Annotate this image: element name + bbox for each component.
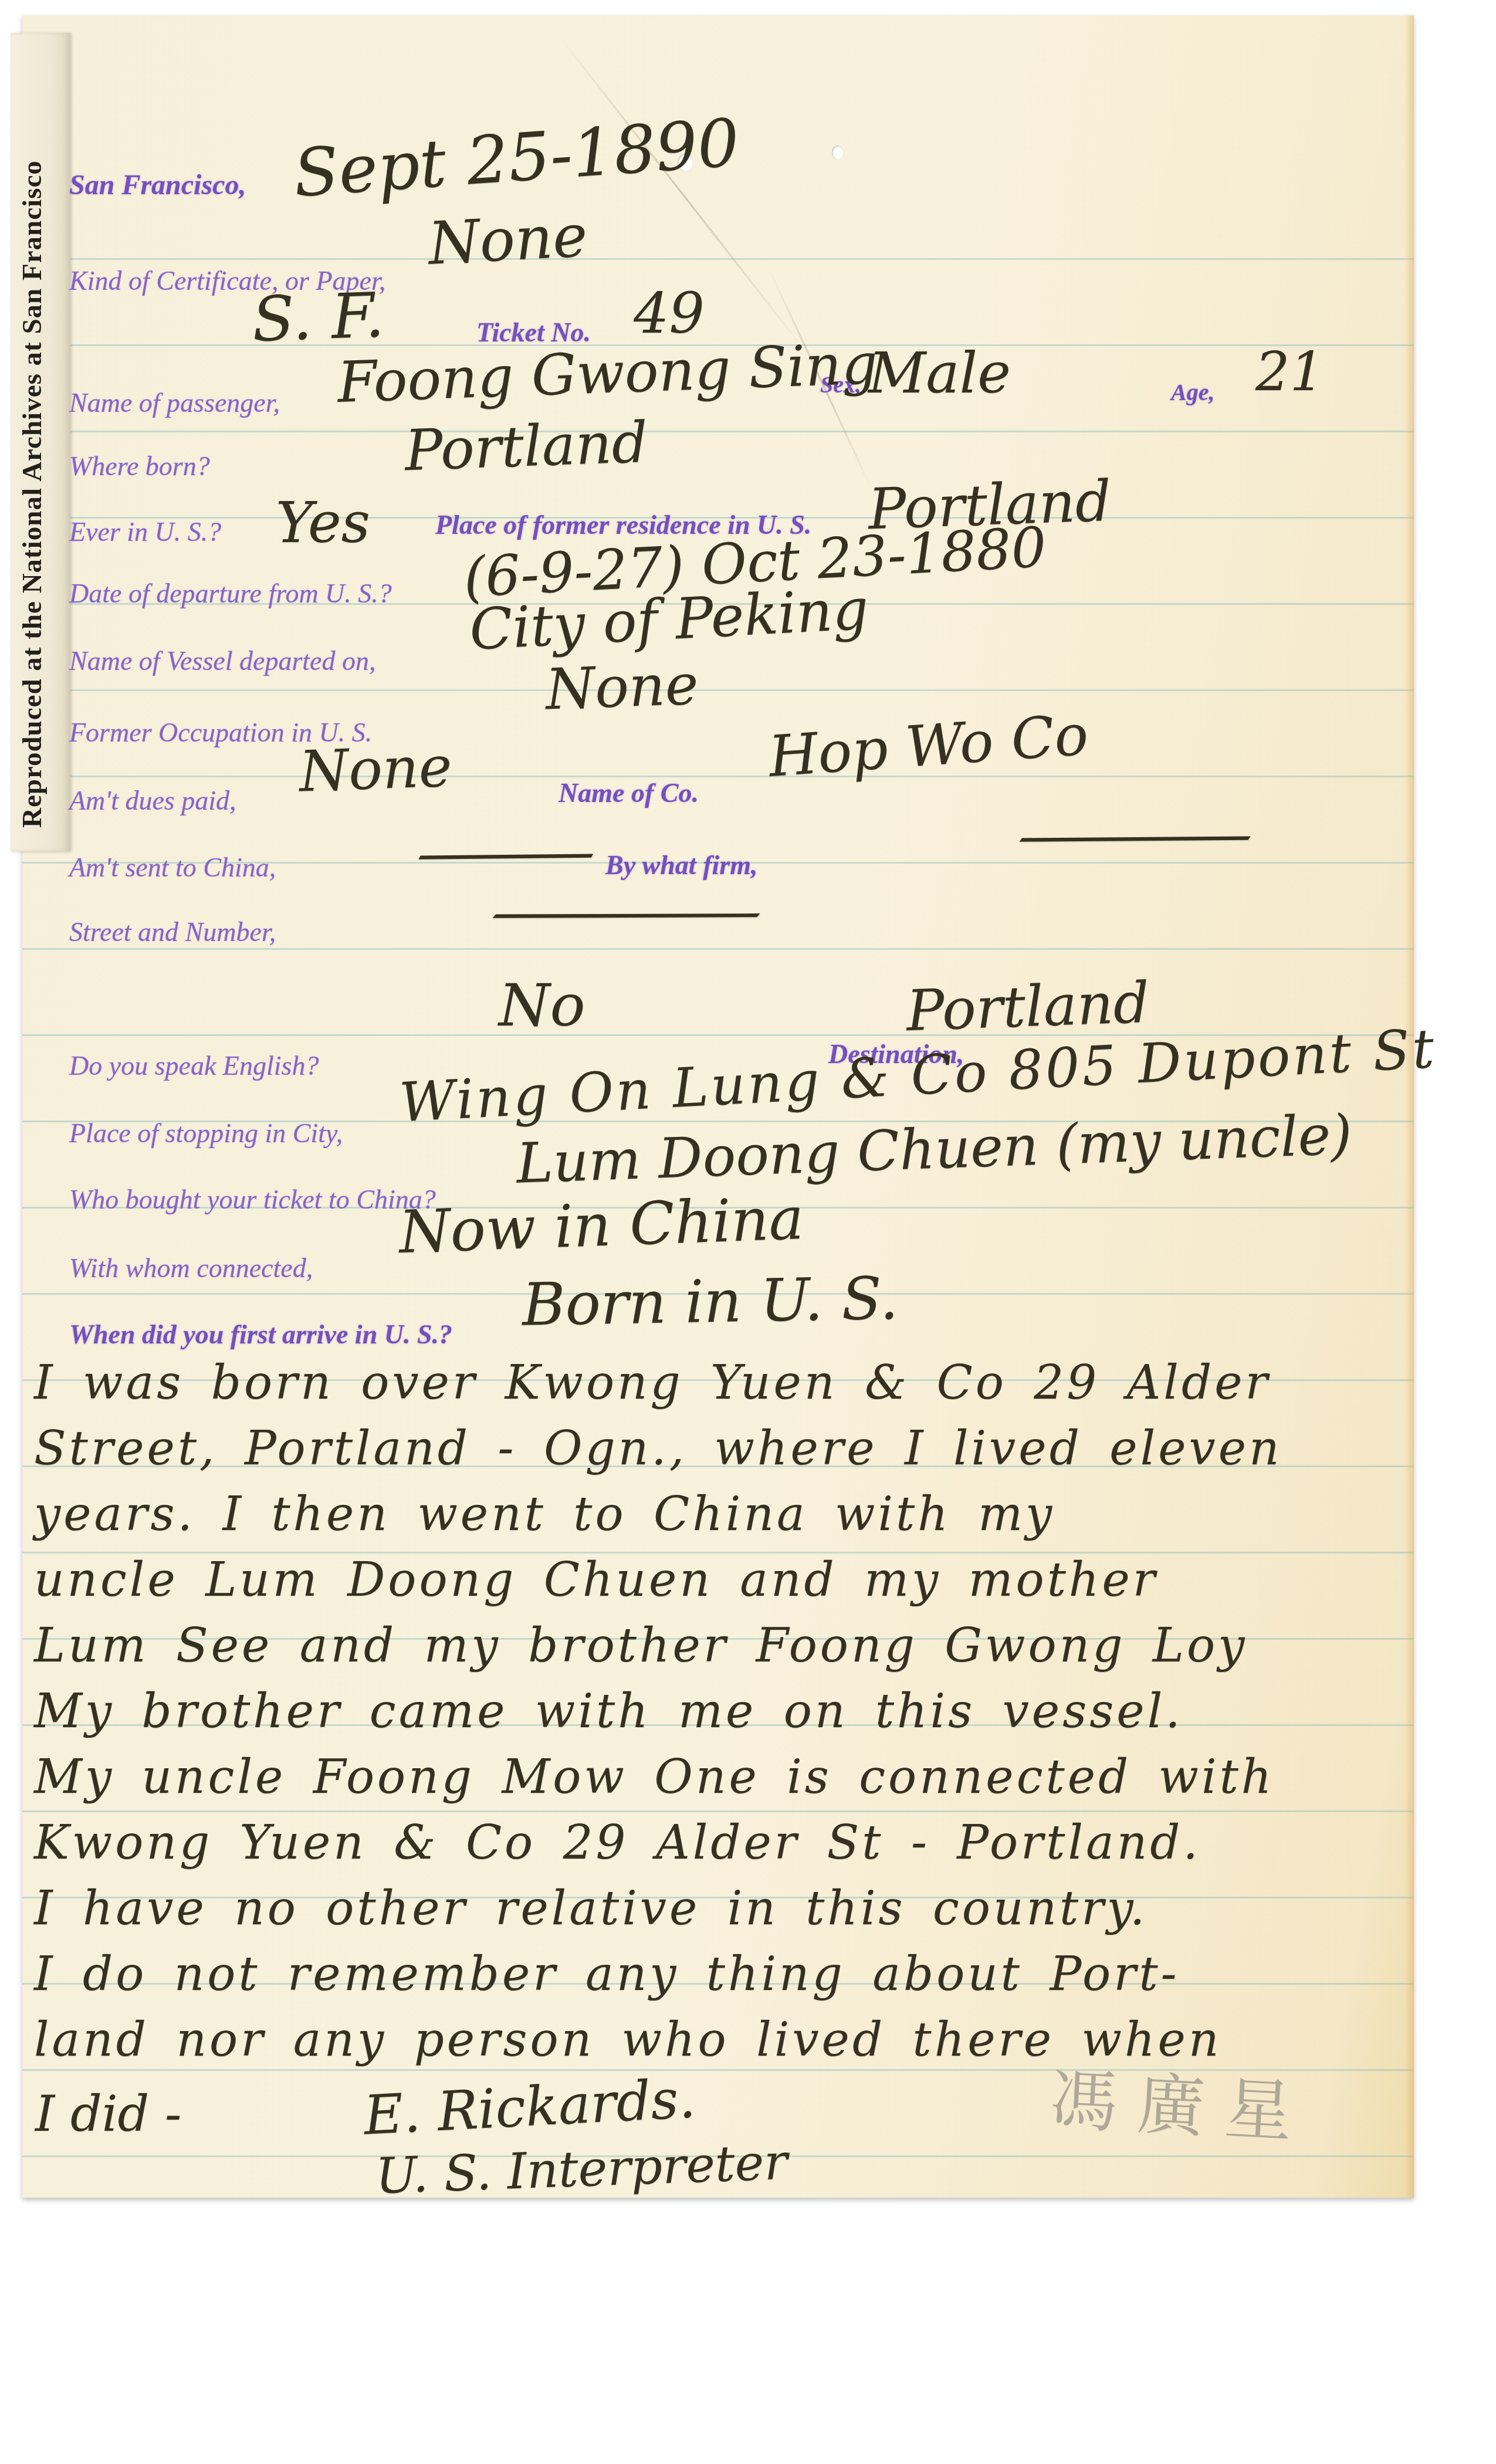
company-value: Hop Wo Co (767, 702, 1091, 790)
speak-english-value: No (499, 971, 585, 1040)
age-label: Age, (1171, 378, 1214, 406)
firm-value: — (1004, 802, 1265, 868)
certificate-value: None (427, 201, 589, 278)
occupation-value: None (544, 651, 699, 722)
statement-line: uncle Lum Doong Chuen and my mother (34, 1552, 1158, 1607)
ever-in-us-label: Ever in U. S.? (69, 516, 221, 547)
interpreter-title: U. S. Interpreter (375, 2133, 789, 2205)
dues-paid-label: Am't dues paid, (69, 785, 236, 816)
ever-in-us-value: Yes (276, 490, 370, 556)
statement-line: Street, Portland - Ogn., where I lived e… (34, 1421, 1282, 1475)
document-page: Reproduced at the National Archives at S… (22, 15, 1414, 2198)
age-value: 21 (1255, 340, 1324, 403)
street-number-label: Street and Number, (69, 916, 276, 947)
sent-to-china-value: — (407, 820, 604, 886)
chinese-name-pencil: 馮廣星 (1048, 2045, 1315, 2155)
statement-line: land nor any person who lived there when (34, 2012, 1221, 2067)
first-arrive-label: When did you first arrive in U. S.? (69, 1319, 452, 1350)
statement-line: I was born over Kwong Yuen & Co 29 Alder (34, 1355, 1271, 1410)
statement-line: My uncle Foong Mow One is connected with (34, 1749, 1274, 1804)
company-label: Name of Co. (559, 777, 699, 808)
dues-paid-value: None (298, 733, 453, 804)
vessel-label: Name of Vessel departed on, (69, 645, 376, 676)
first-arrive-value: Born in U. S. (522, 1264, 899, 1339)
statement-line: I do not remember any thing about Port- (34, 1947, 1180, 2001)
statement-closing: I did - (35, 2085, 181, 2143)
ticket-no-value: 49 (634, 282, 705, 346)
sex-value: Male (868, 340, 1011, 406)
passenger-value: Foong Gwong Sing (336, 331, 878, 415)
statement-line: Kwong Yuen & Co 29 Alder St - Portland. (34, 1815, 1201, 1870)
interpreter-signature: E. Rickards. (363, 2067, 698, 2147)
where-born-label: Where born? (69, 451, 210, 482)
passenger-label: Name of passenger, (69, 387, 280, 418)
street-number-value: — (478, 879, 774, 945)
statement-line: I have no other relative in this country… (34, 1881, 1148, 1935)
city-label: San Francisco, (69, 169, 246, 201)
speak-english-label: Do you speak English? (69, 1050, 319, 1081)
departure-date-label: Date of departure from U. S.? (69, 578, 392, 609)
statement-line: Lum See and my brother Foong Gwong Loy (34, 1618, 1247, 1673)
sf-value: S. F. (251, 279, 385, 356)
archive-strip-label: Reproduced at the National Archives at S… (16, 65, 48, 828)
stopping-place-label: Place of stopping in City, (69, 1118, 343, 1149)
archive-strip: Reproduced at the National Archives at S… (11, 33, 70, 851)
ticket-buyer-label: Who bought your ticket to China? (69, 1184, 436, 1215)
destination-value: Portland (905, 970, 1150, 1044)
connected-with-value: Now in China (398, 1184, 805, 1267)
sent-to-china-label: Am't sent to China, (69, 852, 276, 883)
statement-line: My brother came with me on this vessel. (34, 1684, 1183, 1738)
connected-with-label: With whom connected, (69, 1253, 313, 1284)
pin-hole (832, 145, 844, 160)
where-born-value: Portland (404, 409, 649, 483)
firm-label: By what firm, (605, 849, 757, 881)
statement-line: years. I then went to China with my (34, 1487, 1055, 1541)
date-value: Sept 25-1890 (291, 105, 742, 212)
